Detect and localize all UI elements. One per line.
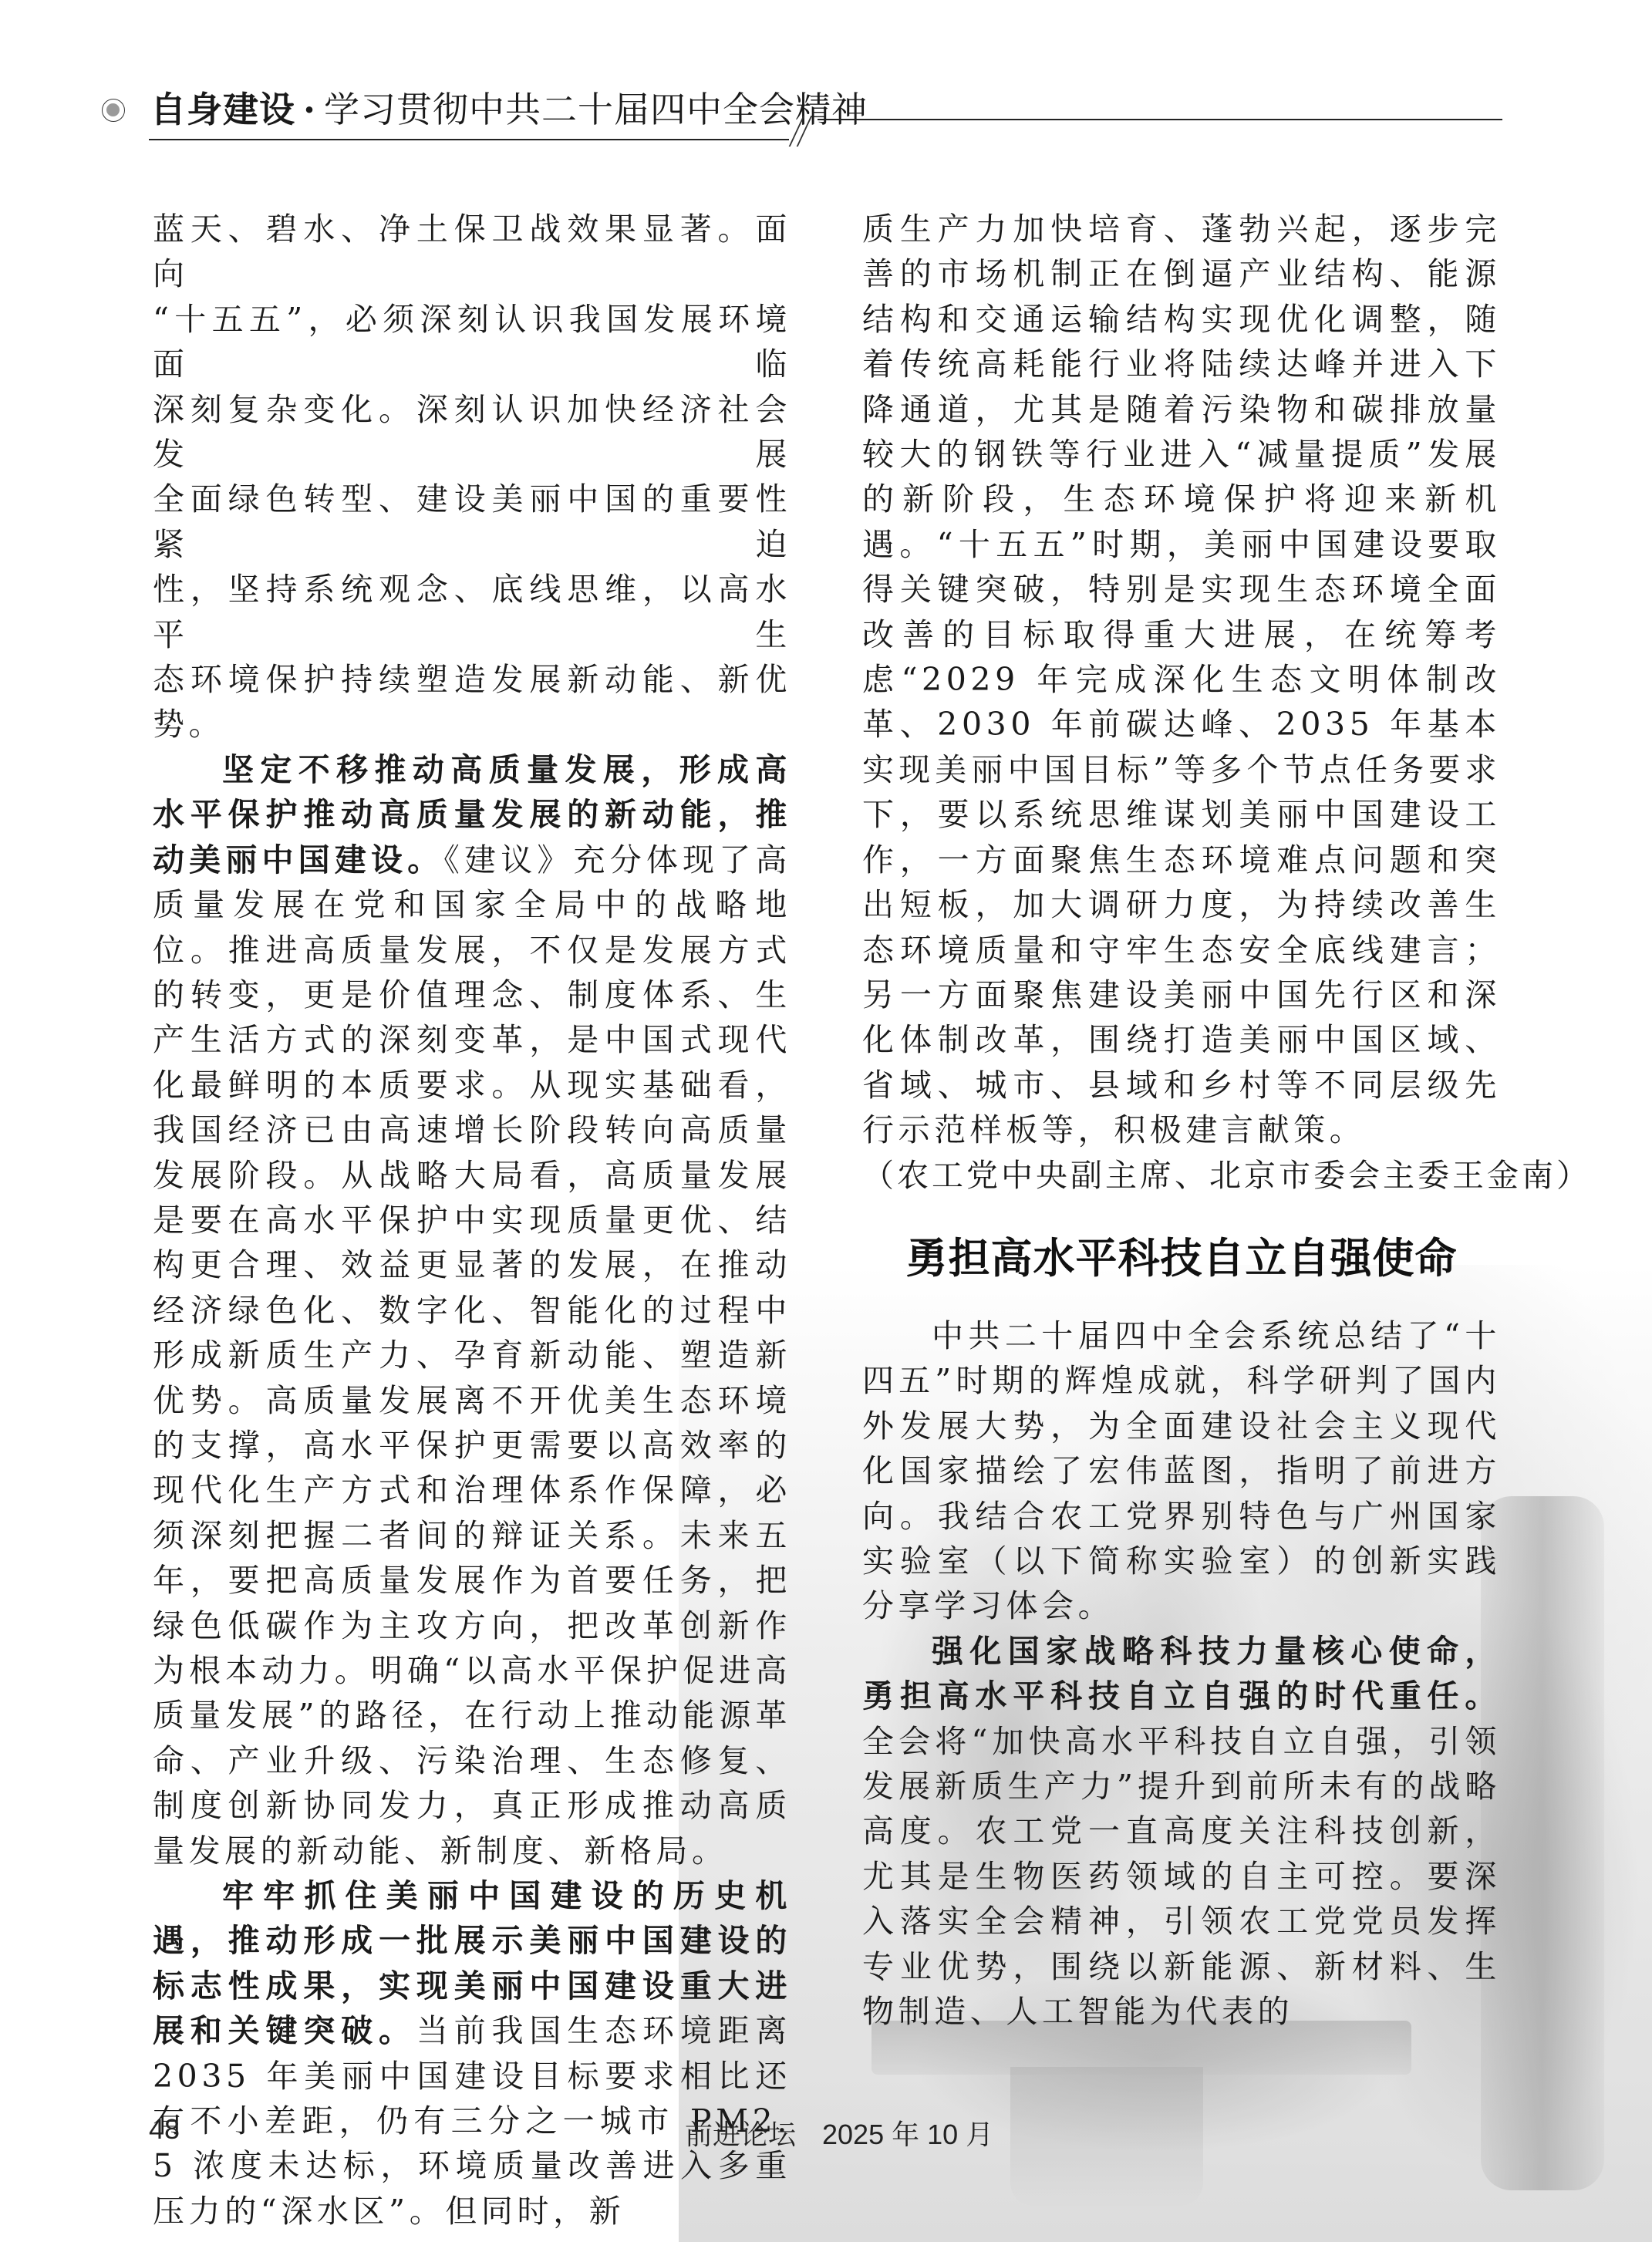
paragraph-line: 深刻复杂变化。深刻认识加快经济社会发展 [153,387,791,477]
paragraph-intro: 中共二十届四中全会系统总结了“十四五”时期的辉煌成就，科学研判了国内外发展大势，… [862,1313,1501,1629]
paragraph-line: 性，坚持系统观念、底线思维，以高水平生 [153,567,791,657]
left-column: 蓝天、碧水、净土保卫战效果显著。面向 “十五五”，必须深刻认识我国发展环境面临 … [153,207,791,2234]
circle-bullet-icon [102,99,125,122]
header-separator: · [303,89,316,130]
paragraph-body: 全会将“加快高水平科技自立自强，引领发展新质生产力”提升到前所未有的战略高度。农… [862,1723,1501,2030]
header-title: 自身建设·学习贯彻中共二十届四中全会精神 [150,86,868,133]
paragraph-line: “十五五”，必须深刻认识我国发展环境面临 [153,297,791,387]
page-number: 48 [149,2113,180,2146]
right-column: 质生产力加快培育、蓬勃兴起，逐步完善的市场机制正在倒逼产业结构、能源结构和交通运… [862,207,1501,2034]
paragraph-beautiful-china: 牢牢抓住美丽中国建设的历史机遇，推动形成一批展示美丽中国建设的标志性成果，实现美… [153,1873,791,2234]
paragraph-continued: 质生产力加快培育、蓬勃兴起，逐步完善的市场机制正在倒逼产业结构、能源结构和交通运… [862,207,1501,1153]
header-rule-lower [149,139,789,140]
author-attribution: （农工党中央副主席、北京市委会主委王金南） [862,1153,1501,1198]
header-topic: 学习贯彻中共二十届四中全会精神 [324,89,868,130]
paragraph-line: 蓝天、碧水、净土保卫战效果显著。面向 [153,207,791,297]
journal-name: 前进论坛 [685,2119,796,2150]
paragraph-line: 全面绿色转型、建设美丽中国的重要性紧迫 [153,477,791,567]
page-footer: 48 前进论坛2025 年 10 月 [0,2113,1652,2175]
paragraph-high-quality-development: 坚定不移推动高质量发展，形成高水平保护推动高质量发展的新动能，推动美丽中国建设。… [153,747,791,1873]
running-header: 自身建设·学习贯彻中共二十届四中全会精神 [0,0,1652,177]
paragraph-sci-tech: 强化国家战略科技力量核心使命，勇担高水平科技自立自强的时代重任。全会将“加快高水… [862,1629,1501,2035]
paragraph-line: 态环境保护持续塑造发展新动能、新优势。 [153,657,791,747]
header-rule-upper [818,119,1502,120]
issue-date: 2025 年 10 月 [822,2119,993,2150]
paragraph-body: 《建议》充分体现了高质量发展在党和国家全局中的战略地位。推进高质量发展，不仅是发… [153,841,791,1869]
header-section: 自身建设 [150,89,295,130]
journal-info: 前进论坛2025 年 10 月 [685,2113,993,2153]
paragraph-lead-bold: 强化国家战略科技力量核心使命，勇担高水平科技自立自强的时代重任。 [862,1633,1501,1714]
article-subheading: 勇担高水平科技自立自强使命 [862,1198,1501,1313]
